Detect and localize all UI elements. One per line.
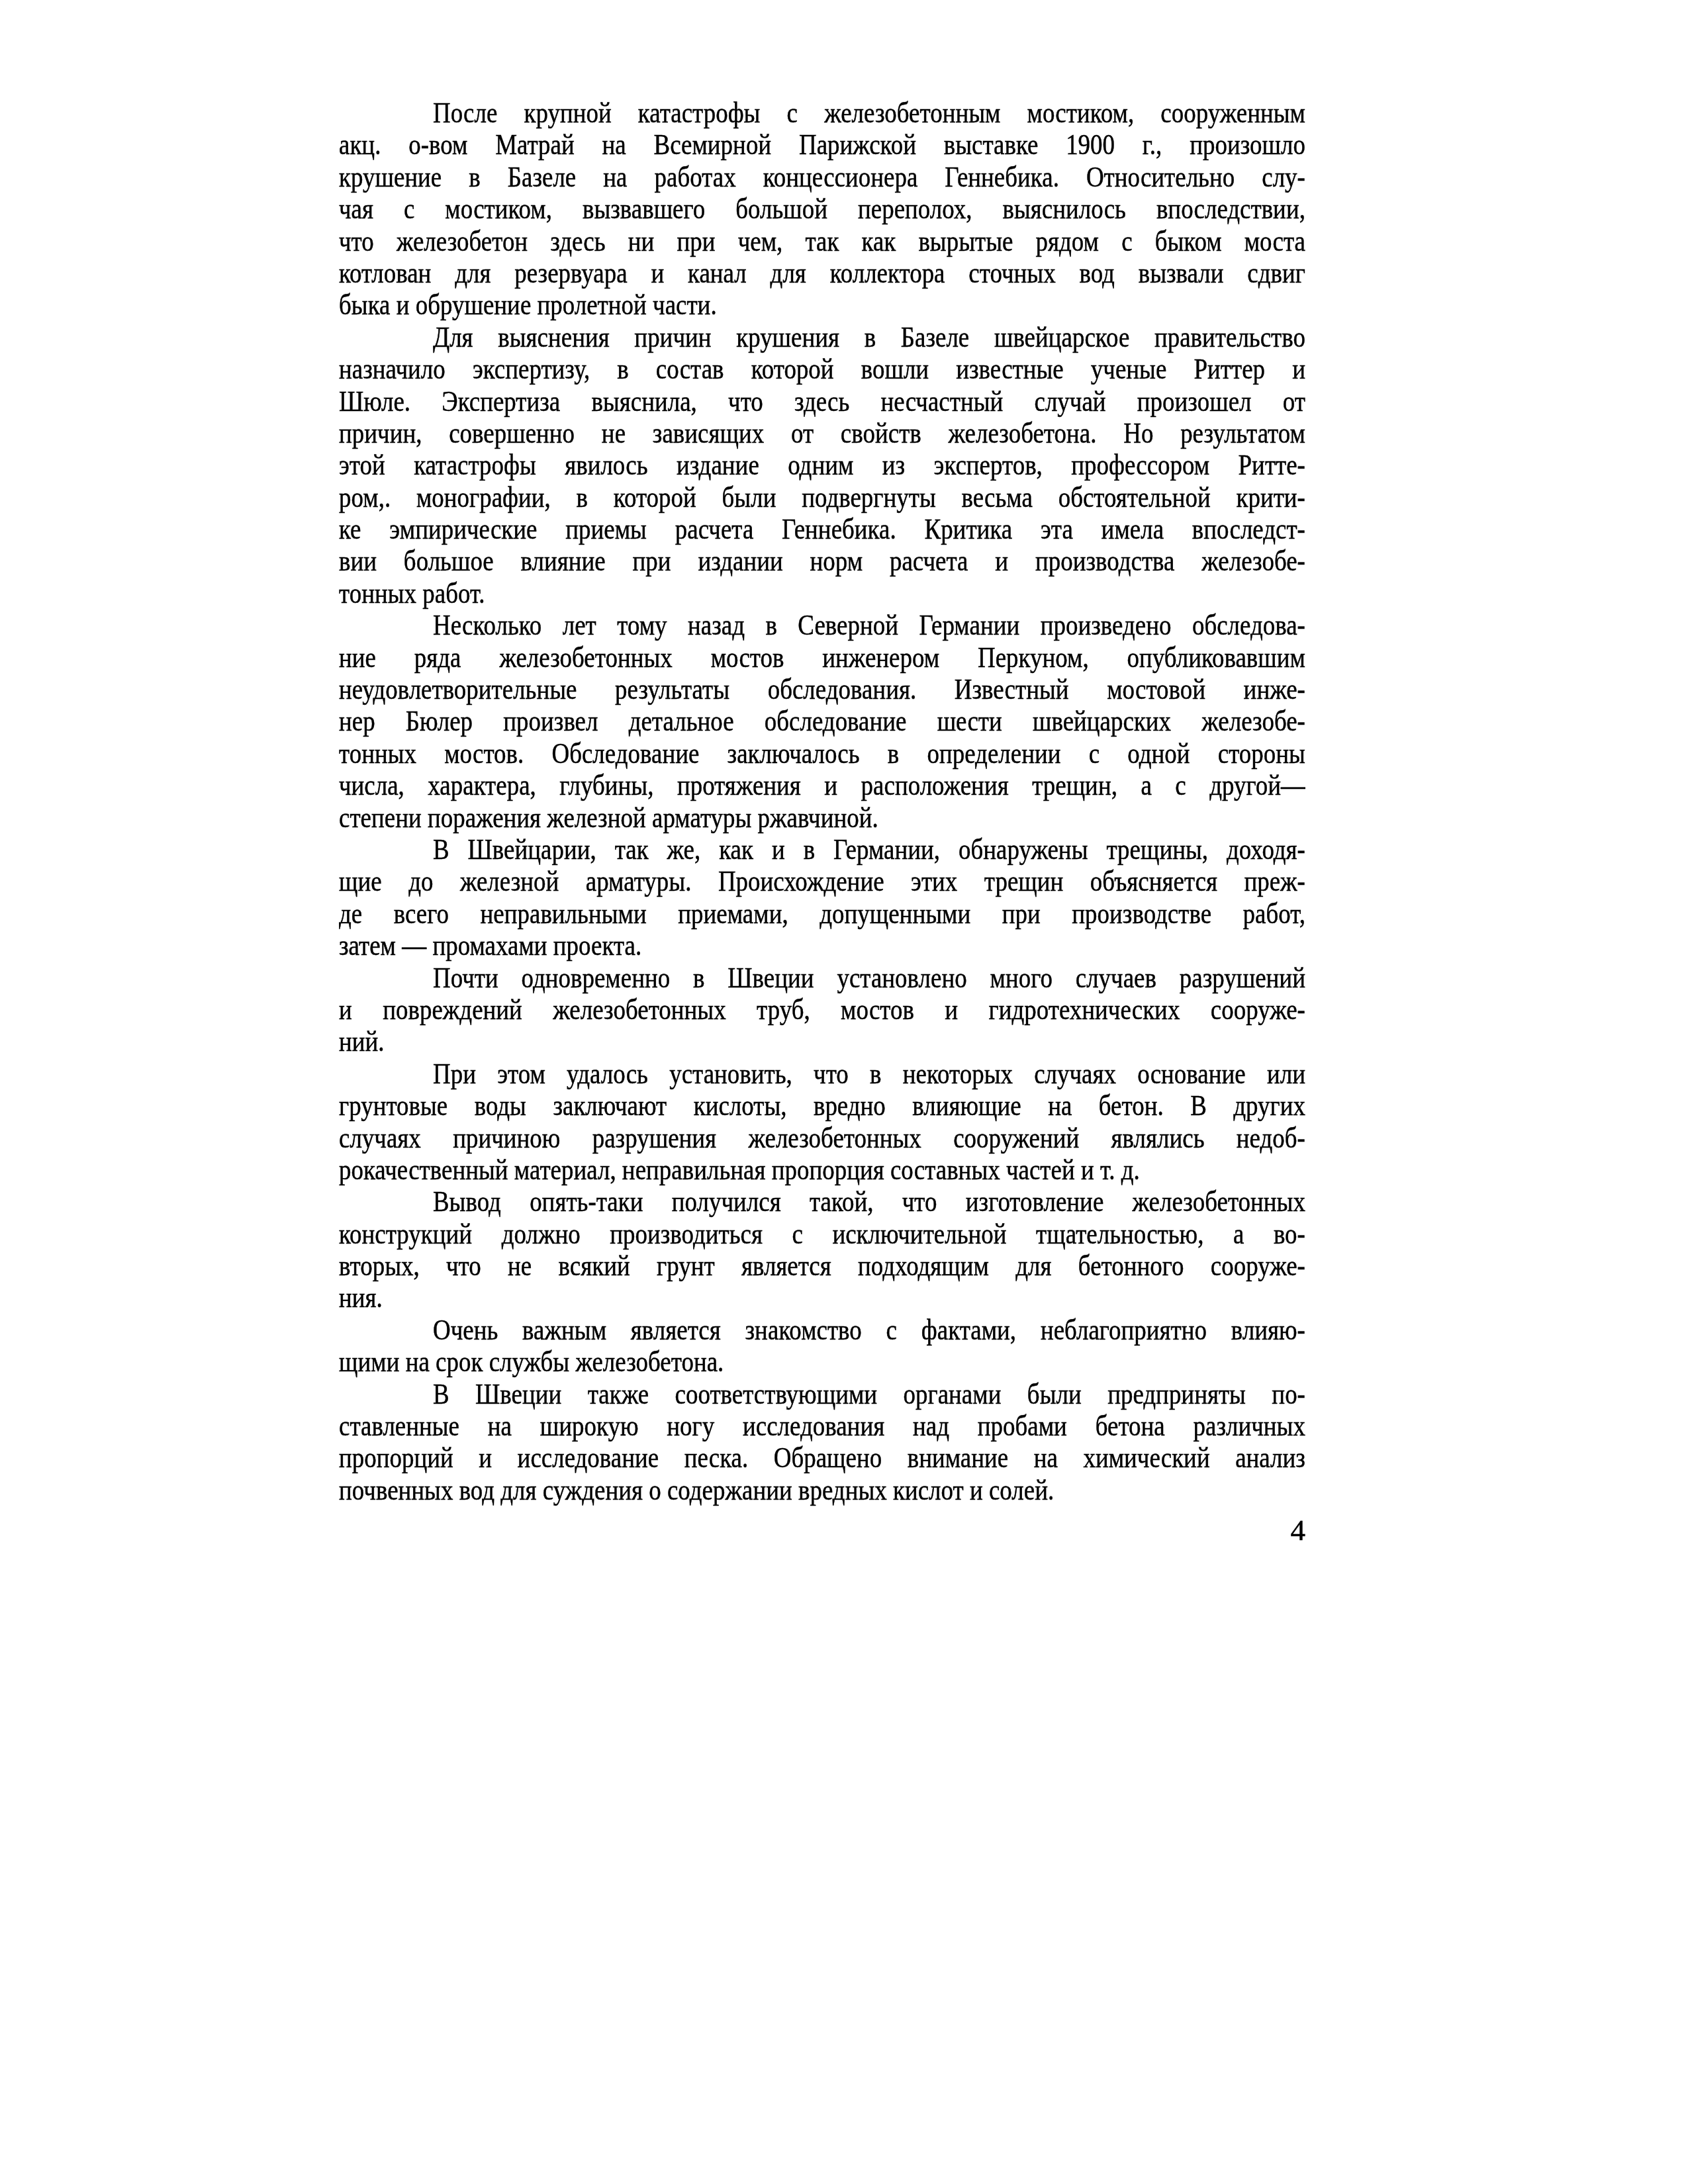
- text-line: причин, совершенно не зависящих от свойс…: [339, 418, 1305, 449]
- text-line: назначило экспертизу, в состав которой в…: [339, 353, 1305, 385]
- text-line: чая с мостиком, вызвавшего большой переп…: [339, 193, 1305, 225]
- text-block: После крупной катастрофы с железобетонны…: [339, 97, 1305, 1506]
- text-line: щими на срок службы железобетона.: [339, 1346, 1305, 1378]
- text-line: де всего неправильными приемами, допущен…: [339, 898, 1305, 930]
- text-line: рокачественный материал, неправильная пр…: [339, 1154, 1305, 1186]
- text-line: затем — промахами проекта.: [339, 930, 1305, 962]
- text-line: пропорций и исследование песка. Обращено…: [339, 1442, 1305, 1474]
- text-line: ния.: [339, 1282, 1305, 1314]
- text-line: ние ряда железобетонных мостов инженером…: [339, 642, 1305, 674]
- text-line: ний.: [339, 1026, 1305, 1058]
- text-line: При этом удалось установить, что в некот…: [339, 1058, 1305, 1090]
- paragraph: После крупной катастрофы с железобетонны…: [339, 97, 1305, 322]
- paragraph: При этом удалось установить, что в некот…: [339, 1058, 1305, 1187]
- text-line: почвенных вод для суждения о содержании …: [339, 1475, 1305, 1506]
- text-line: тонных мостов. Обследование заключалось …: [339, 738, 1305, 770]
- text-line: В Швейцарии, так же, как и в Германии, о…: [339, 834, 1305, 866]
- paragraph: Вывод опять-таки получился такой, что из…: [339, 1186, 1305, 1314]
- text-line: числа, характера, глубины, протяжения и …: [339, 770, 1305, 801]
- text-line: неудовлетворительные результаты обследов…: [339, 674, 1305, 705]
- paragraph: В Швеции также соответствующими органами…: [339, 1379, 1305, 1507]
- text-line: и повреждений железобетонных труб, мосто…: [339, 994, 1305, 1026]
- text-line: Несколько лет тому назад в Северной Герм…: [339, 610, 1305, 641]
- text-line: ке эмпирические приемы расчета Геннебика…: [339, 514, 1305, 545]
- text-line: В Швеции также соответствующими органами…: [339, 1379, 1305, 1410]
- page-number: 4: [1291, 1514, 1306, 1546]
- text-line: степени поражения железной арматуры ржав…: [339, 802, 1305, 834]
- text-line: быка и обрушение пролетной части.: [339, 289, 1305, 321]
- text-line: вторых, что не всякий грунт является под…: [339, 1250, 1305, 1282]
- page: После крупной катастрофы с железобетонны…: [0, 0, 1688, 2184]
- text-line: крушение в Базеле на работах концессионе…: [339, 161, 1305, 193]
- text-line: Вывод опять-таки получился такой, что из…: [339, 1186, 1305, 1218]
- paragraph: Почти одновременно в Швеции установлено …: [339, 962, 1305, 1058]
- text-line: Очень важным является знакомство с факта…: [339, 1314, 1305, 1346]
- text-line: После крупной катастрофы с железобетонны…: [339, 97, 1305, 129]
- text-line: этой катастрофы явилось издание одним из…: [339, 449, 1305, 481]
- text-line: нер Бюлер произвел детальное обследовани…: [339, 705, 1305, 737]
- text-line: акц. о-вом Матрай на Всемирной Парижской…: [339, 129, 1305, 161]
- text-line: конструкций должно производиться с исклю…: [339, 1218, 1305, 1250]
- text-line: что железобетон здесь ни при чем, так ка…: [339, 226, 1305, 257]
- text-line: Почти одновременно в Швеции установлено …: [339, 962, 1305, 994]
- text-line: грунтовые воды заключают кислоты, вредно…: [339, 1090, 1305, 1122]
- text-line: вии большое влияние при издании норм рас…: [339, 545, 1305, 577]
- text-line: Для выяснения причин крушения в Базеле ш…: [339, 322, 1305, 353]
- text-line: щие до железной арматуры. Происхождение …: [339, 866, 1305, 897]
- text-line: ставленные на широкую ногу исследования …: [339, 1410, 1305, 1442]
- text-line: ром,. монографии, в которой были подверг…: [339, 482, 1305, 514]
- paragraph: Для выяснения причин крушения в Базеле ш…: [339, 322, 1305, 610]
- text-line: случаях причиною разрушения железобетонн…: [339, 1122, 1305, 1154]
- text-line: Шюле. Экспертиза выяснила, что здесь нес…: [339, 386, 1305, 418]
- text-line: котлован для резервуара и канал для колл…: [339, 257, 1305, 289]
- paragraph: Очень важным является знакомство с факта…: [339, 1314, 1305, 1379]
- paragraph: Несколько лет тому назад в Северной Герм…: [339, 610, 1305, 834]
- text-line: тонных работ.: [339, 578, 1305, 610]
- paragraph: В Швейцарии, так же, как и в Германии, о…: [339, 834, 1305, 962]
